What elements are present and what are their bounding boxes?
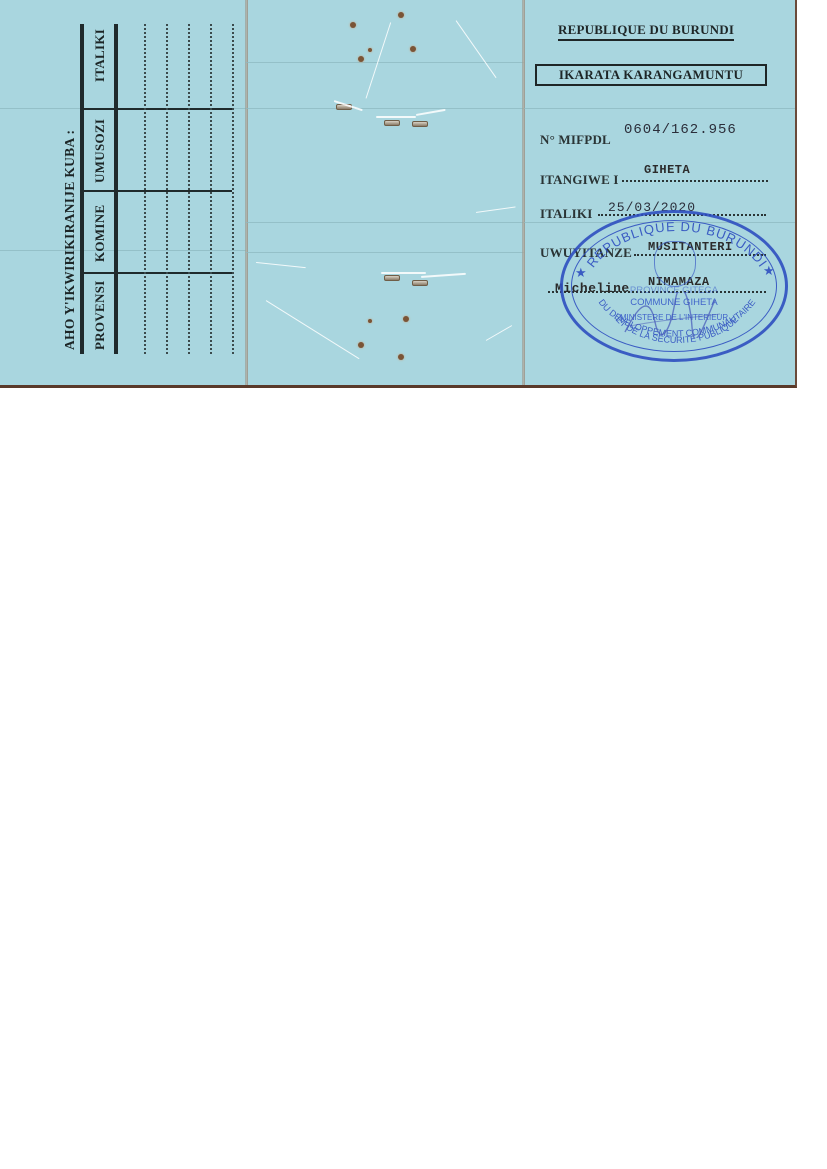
entry-line	[210, 24, 212, 354]
identity-card: AHO Y'IKWIRIKIRANIJE KUBA : PROVENSI KOM…	[0, 0, 797, 388]
entry-line	[188, 24, 190, 354]
glare	[456, 20, 497, 78]
star-icon: ★	[763, 263, 775, 279]
staple	[384, 120, 400, 126]
staple	[412, 280, 428, 286]
middle-panel-back	[246, 0, 524, 385]
crease-line	[246, 222, 524, 223]
crease-line	[246, 108, 524, 109]
star-icon: ★	[575, 265, 587, 281]
staple	[412, 121, 428, 127]
staple	[384, 275, 400, 281]
coat-of-arms-emblem-icon	[654, 241, 696, 287]
glare	[421, 273, 466, 278]
crease-line	[246, 252, 524, 253]
left-panel-residence-table: AHO Y'IKWIRIKIRANIJE KUBA : PROVENSI KOM…	[0, 0, 246, 385]
entry-line	[232, 24, 234, 354]
header-italiki: ITALIKI	[92, 29, 108, 82]
glare	[416, 109, 446, 116]
punch-hole	[358, 56, 364, 62]
glare	[486, 325, 512, 341]
entry-line	[166, 24, 168, 354]
official-stamp: REPUBLIQUE DU BURUNDI DU DEVELOPPEMENT C…	[560, 210, 788, 362]
punch-hole	[403, 316, 409, 322]
glare	[381, 272, 426, 274]
entry-line	[144, 24, 146, 354]
glare	[366, 22, 392, 98]
punch-hole	[368, 319, 372, 323]
glare	[266, 300, 360, 359]
header-komine: KOMINE	[92, 205, 108, 262]
table-border-left	[80, 24, 84, 354]
punch-hole	[350, 22, 356, 28]
country-title: REPUBLIQUE DU BURUNDI	[558, 22, 734, 41]
header-umusozi: UMUSOZI	[92, 119, 108, 183]
crease-line	[524, 108, 795, 109]
header-provensi: PROVENSI	[92, 280, 108, 350]
table-header-divider	[114, 24, 118, 354]
punch-hole	[358, 342, 364, 348]
issued-at-value: GIHETA	[644, 163, 690, 177]
crease-line	[246, 62, 524, 63]
punch-hole	[368, 48, 372, 52]
glare	[256, 262, 306, 268]
number-value: 0604/162.956	[624, 122, 737, 138]
issued-at-line	[622, 180, 768, 182]
issued-at-label: ITANGIWE I	[540, 172, 619, 188]
punch-hole	[398, 12, 404, 18]
number-label: N° MIFPDL	[540, 132, 611, 148]
glare	[476, 206, 516, 213]
punch-hole	[410, 46, 416, 52]
signature-scribble	[620, 292, 730, 338]
glare	[376, 116, 416, 118]
punch-hole	[398, 354, 404, 360]
card-title: IKARATA KARANGAMUNTU	[535, 64, 767, 86]
residence-heading: AHO Y'IKWIRIKIRANIJE KUBA :	[62, 130, 78, 350]
